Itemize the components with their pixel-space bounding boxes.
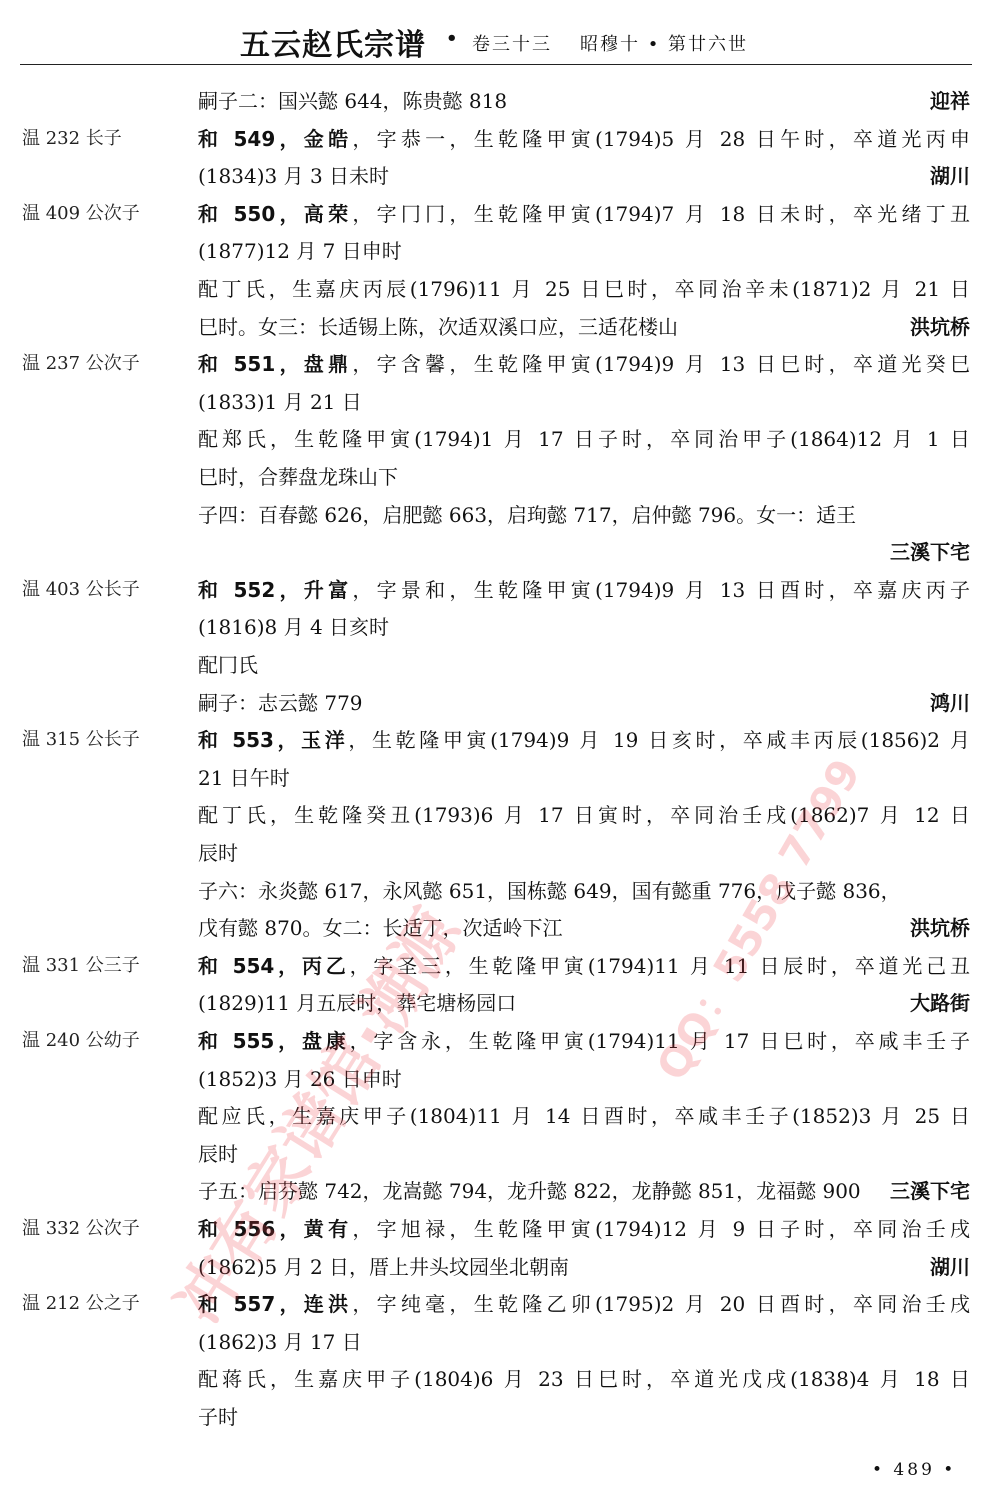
entry-text: ，字含永，生乾隆甲寅(1794)11 月 17 日巳时，卒咸丰壬子 [350,1029,970,1053]
entry-text: (1862)3 月 17 日 [198,1330,362,1354]
entry-text: ，字恭一，生乾隆甲寅(1794)5 月 28 日午时，卒道光丙申 [352,127,970,151]
entry-text: ，字景和，生乾隆甲寅(1794)9 月 13 日酉时，卒嘉庆丙子 [352,578,970,602]
entry-text: 巳时，合葬盘龙珠山下 [198,465,398,489]
residence-place: 三溪下宅 [890,1176,970,1206]
member-name: 盘康 [302,1029,350,1053]
member-name: 黄有 [304,1217,353,1241]
entry-parent-label: 温 403 公长子 [22,575,140,605]
residence-place: 洪坑桥 [910,913,970,943]
entry-text: (1829)11 月五辰时，葬宅塘杨园口 [198,991,516,1015]
entry-parent-label: 温 232 长子 [22,124,122,154]
member-name: 连洪 [304,1292,353,1316]
entry-text: 巳时。女三：长适锡上陈，次适双溪口应，三适花楼山 [198,315,678,339]
residence-place: 湖川 [930,1252,970,1282]
member-name: 高荣 [304,202,353,226]
entry-text: (1834)3 月 3 日未时 [198,164,389,188]
entry-parent-label: 温 409 公次子 [22,199,140,229]
residence-place: 鸿川 [930,688,970,718]
entry-text: 配蒋氏，生嘉庆甲子(1804)6 月 23 日巳时，卒道光戊戌(1838)4 月… [198,1367,970,1391]
entry-text: 子时 [198,1405,238,1429]
entry-text: 子四：百春懿 626，启肥懿 663，启珣懿 717，启仲懿 796。女一：适王 [198,503,856,527]
entry-line: 配蒋氏，生嘉庆甲子(1804)6 月 23 日巳时，卒道光戊戌(1838)4 月… [198,1364,970,1394]
entry-line: 嗣子二：国兴懿 644，陈贵懿 818 [198,86,507,116]
entry-parent-label: 温 332 公次子 [22,1214,140,1244]
entry-line: 21 日午时 [198,763,290,793]
member-name: 升富 [304,578,353,602]
entry-line: (1862)5 月 2 日，厝上井头坟园坐北朝南 [198,1252,569,1282]
page-number: • 489 • [872,1460,956,1480]
entry-line: 和 557，连洪，字纯毫，生乾隆乙卯(1795)2 月 20 日酉时，卒同治壬戌 [198,1289,970,1319]
entry-line: 配郑氏，生乾隆甲寅(1794)1 月 17 日子时，卒同治甲子(1864)12 … [198,424,970,454]
member-id: 和 556， [198,1217,304,1241]
member-id: 和 557， [198,1292,304,1316]
entry-line: 辰时 [198,1139,238,1169]
entry-line: 和 549，金皓，字恭一，生乾隆甲寅(1794)5 月 28 日午时，卒道光丙申 [198,124,970,154]
entry-line: 嗣子：志云懿 779 [198,688,363,718]
entry-line: (1877)12 月 7 日申时 [198,236,402,266]
entry-text: ，字含馨，生乾隆甲寅(1794)9 月 13 日巳时，卒道光癸巳 [352,352,970,376]
member-id: 和 555， [198,1029,302,1053]
entry-text: 配郑氏，生乾隆甲寅(1794)1 月 17 日子时，卒同治甲子(1864)12 … [198,427,970,451]
entry-line: (1833)1 月 21 日 [198,387,362,417]
entry-text: 子五：启芬懿 742，龙嵩懿 794，龙升懿 822，龙静懿 851，龙福懿 9… [198,1179,861,1203]
member-name: 金皓 [304,127,353,151]
residence-place: 大路街 [910,988,970,1018]
member-id: 和 554， [198,954,302,978]
entry-line: 子四：百春懿 626，启肥懿 663，启珣懿 717，启仲懿 796。女一：适王 [198,500,856,530]
member-id: 和 550， [198,202,304,226]
entry-line: (1834)3 月 3 日未时 [198,161,389,191]
residence-place: 迎祥 [930,86,970,116]
entry-line: 和 555，盘康，字含永，生乾隆甲寅(1794)11 月 17 日巳时，卒咸丰壬… [198,1026,970,1056]
entry-line: 子五：启芬懿 742，龙嵩懿 794，龙升懿 822，龙静懿 851，龙福懿 9… [198,1176,861,1206]
entry-text: 配应氏，生嘉庆甲子(1804)11 月 14 日酉时，卒咸丰壬子(1852)3 … [198,1104,970,1128]
residence-place: 洪坑桥 [910,312,970,342]
residence-place: 湖川 [930,161,970,191]
entry-text: 子六：永炎懿 617，永风懿 651，国栋懿 649，国有懿重 776，戊子懿 … [198,879,901,903]
member-id: 和 552， [198,578,304,602]
entry-text: (1852)3 月 26 日申时 [198,1067,402,1091]
entry-line: 配丁氏，生乾隆癸丑(1793)6 月 17 日寅时，卒同治壬戌(1862)7 月… [198,800,970,830]
residence-place: 三溪下宅 [890,537,970,567]
book-title: 五云赵氏宗谱 [240,20,426,64]
entry-line: 和 550，高荣，字冂冂，生乾隆甲寅(1794)7 月 18 日未时，卒光绪丁丑 [198,199,970,229]
entry-line: (1816)8 月 4 日亥时 [198,612,389,642]
entry-text: (1862)5 月 2 日，厝上井头坟园坐北朝南 [198,1255,569,1279]
entry-text: 戊有懿 870。女二：长适丁，次适岭下江 [198,916,563,940]
entry-line: (1852)3 月 26 日申时 [198,1064,402,1094]
entry-line: (1829)11 月五辰时，葬宅塘杨园口 [198,988,516,1018]
member-id: 和 551， [198,352,304,376]
entry-line: 子六：永炎懿 617，永风懿 651，国栋懿 649，国有懿重 776，戊子懿 … [198,876,901,906]
entry-text: 嗣子二：国兴懿 644，陈贵懿 818 [198,89,507,113]
entry-text: 配丁氏，生嘉庆丙辰(1796)11 月 25 日巳时，卒同治辛未(1871)2 … [198,277,970,301]
entry-line: 和 552，升富，字景和，生乾隆甲寅(1794)9 月 13 日酉时，卒嘉庆丙子 [198,575,970,605]
entry-parent-label: 温 315 公长子 [22,725,140,755]
entry-text: ，生乾隆甲寅(1794)9 月 19 日亥时，卒咸丰丙辰(1856)2 月 [348,728,970,752]
entry-text: ，字纯毫，生乾隆乙卯(1795)2 月 20 日酉时，卒同治壬戌 [352,1292,970,1316]
member-id: 和 549， [198,127,304,151]
header-divider [20,64,972,65]
entry-line: 子时 [198,1402,238,1432]
entry-parent-label: 温 212 公之子 [22,1289,140,1319]
entry-parent-label: 温 237 公次子 [22,349,140,379]
title-separator: • [446,28,458,49]
entry-text: (1816)8 月 4 日亥时 [198,615,389,639]
entry-line: 巳时，合葬盘龙珠山下 [198,462,398,492]
volume-label: 卷三十三 [472,30,552,56]
entry-parent-label: 温 240 公幼子 [22,1026,140,1056]
entry-text: ，字圣三，生乾隆甲寅(1794)11 月 11 日辰时，卒道光己丑 [350,954,970,978]
entry-line: 戊有懿 870。女二：长适丁，次适岭下江 [198,913,563,943]
entry-text: 辰时 [198,1142,238,1166]
entry-text: (1877)12 月 7 日申时 [198,239,402,263]
entry-line: 和 553，玉洋，生乾隆甲寅(1794)9 月 19 日亥时，卒咸丰丙辰(185… [198,725,970,755]
entry-text: (1833)1 月 21 日 [198,390,362,414]
entry-text: ，字冂冂，生乾隆甲寅(1794)7 月 18 日未时，卒光绪丁丑 [352,202,970,226]
entry-line: 配丁氏，生嘉庆丙辰(1796)11 月 25 日巳时，卒同治辛未(1871)2 … [198,274,970,304]
page-header: 五云赵氏宗谱 • 卷三十三 昭穆十 • 第廿六世 [0,18,992,64]
entry-text: 辰时 [198,841,238,865]
generation-label: 昭穆十 • 第廿六世 [580,30,748,56]
entry-line: 和 554，丙乙，字圣三，生乾隆甲寅(1794)11 月 11 日辰时，卒道光己… [198,951,970,981]
member-name: 盘鼎 [304,352,353,376]
entry-text: ，字旭禄，生乾隆甲寅(1794)12 月 9 日子时，卒同治壬戌 [352,1217,970,1241]
entry-line: 和 556，黄有，字旭禄，生乾隆甲寅(1794)12 月 9 日子时，卒同治壬戌 [198,1214,970,1244]
entry-text: 21 日午时 [198,766,290,790]
entry-line: 巳时。女三：长适锡上陈，次适双溪口应，三适花楼山 [198,312,678,342]
entry-line: 配冂氏 [198,650,258,680]
member-id: 和 553， [198,728,301,752]
entry-text: 嗣子：志云懿 779 [198,691,363,715]
entry-parent-label: 温 331 公三子 [22,951,140,981]
entry-line: 辰时 [198,838,238,868]
entry-line: (1862)3 月 17 日 [198,1327,362,1357]
entry-text: 配冂氏 [198,653,258,677]
entry-line: 和 551，盘鼎，字含馨，生乾隆甲寅(1794)9 月 13 日巳时，卒道光癸巳 [198,349,970,379]
entry-line: 配应氏，生嘉庆甲子(1804)11 月 14 日酉时，卒咸丰壬子(1852)3 … [198,1101,970,1131]
member-name: 玉洋 [301,728,348,752]
entry-text: 配丁氏，生乾隆癸丑(1793)6 月 17 日寅时，卒同治壬戌(1862)7 月… [198,803,970,827]
member-name: 丙乙 [302,954,350,978]
